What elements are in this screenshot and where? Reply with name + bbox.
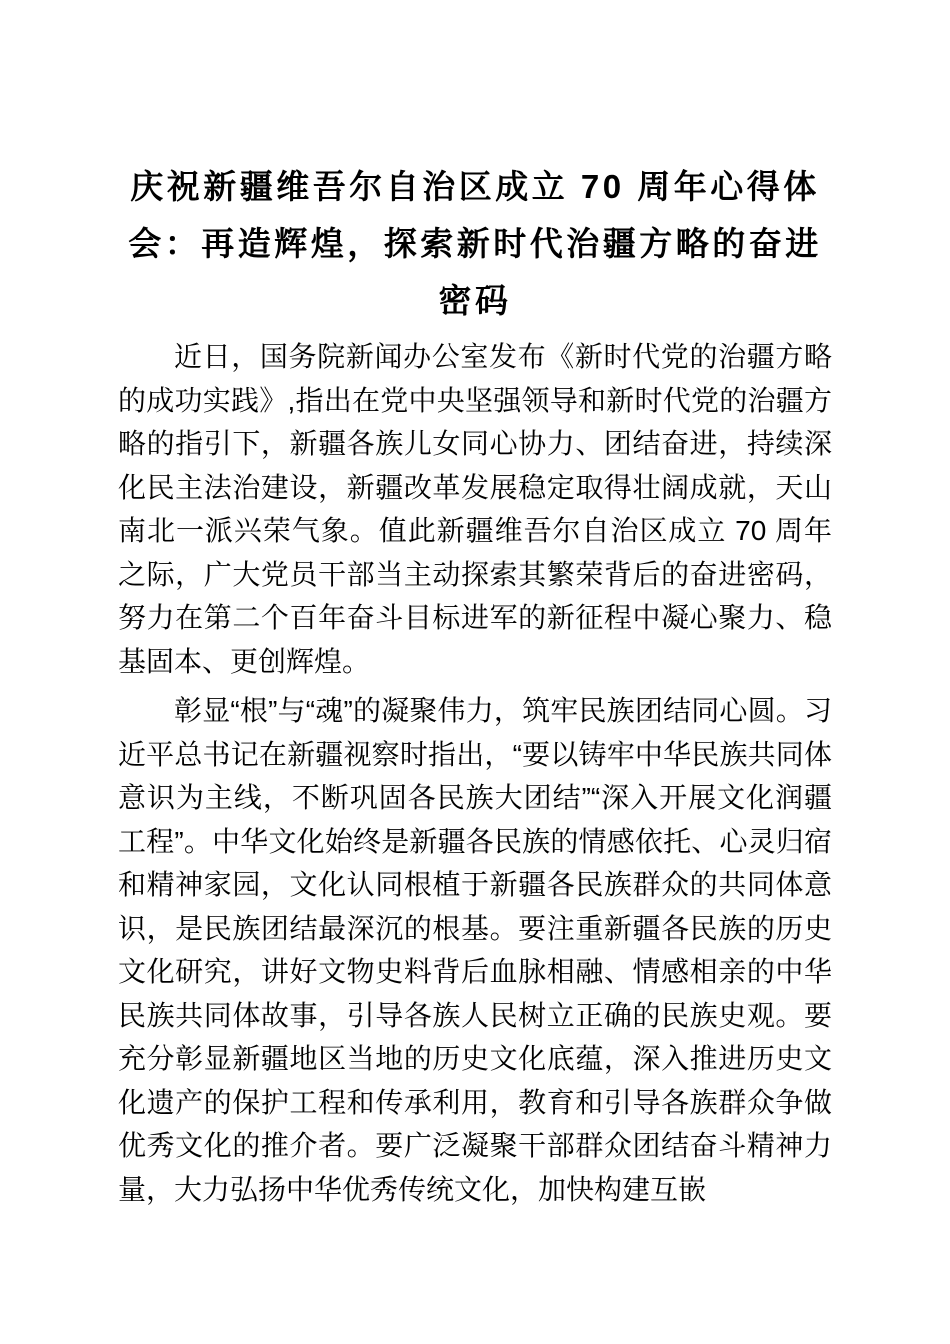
- document-title: 庆祝新疆维吾尔自治区成立 70 周年心得体会：再造辉煌，探索新时代治疆方略的奋进…: [118, 158, 832, 329]
- document-body: 近日，国务院新闻办公室发布《新时代党的治疆方略的成功实践》,指出在党中央坚强领导…: [118, 335, 832, 1211]
- document-page: 庆祝新疆维吾尔自治区成立 70 周年心得体会：再造辉煌，探索新时代治疆方略的奋进…: [118, 0, 832, 1211]
- paragraph-1: 近日，国务院新闻办公室发布《新时代党的治疆方略的成功实践》,指出在党中央坚强领导…: [118, 335, 832, 683]
- paragraph-2: 彰显“根”与“魂”的凝聚伟力，筑牢民族团结同心圆。习近平总书记在新疆视察时指出，…: [118, 689, 832, 1211]
